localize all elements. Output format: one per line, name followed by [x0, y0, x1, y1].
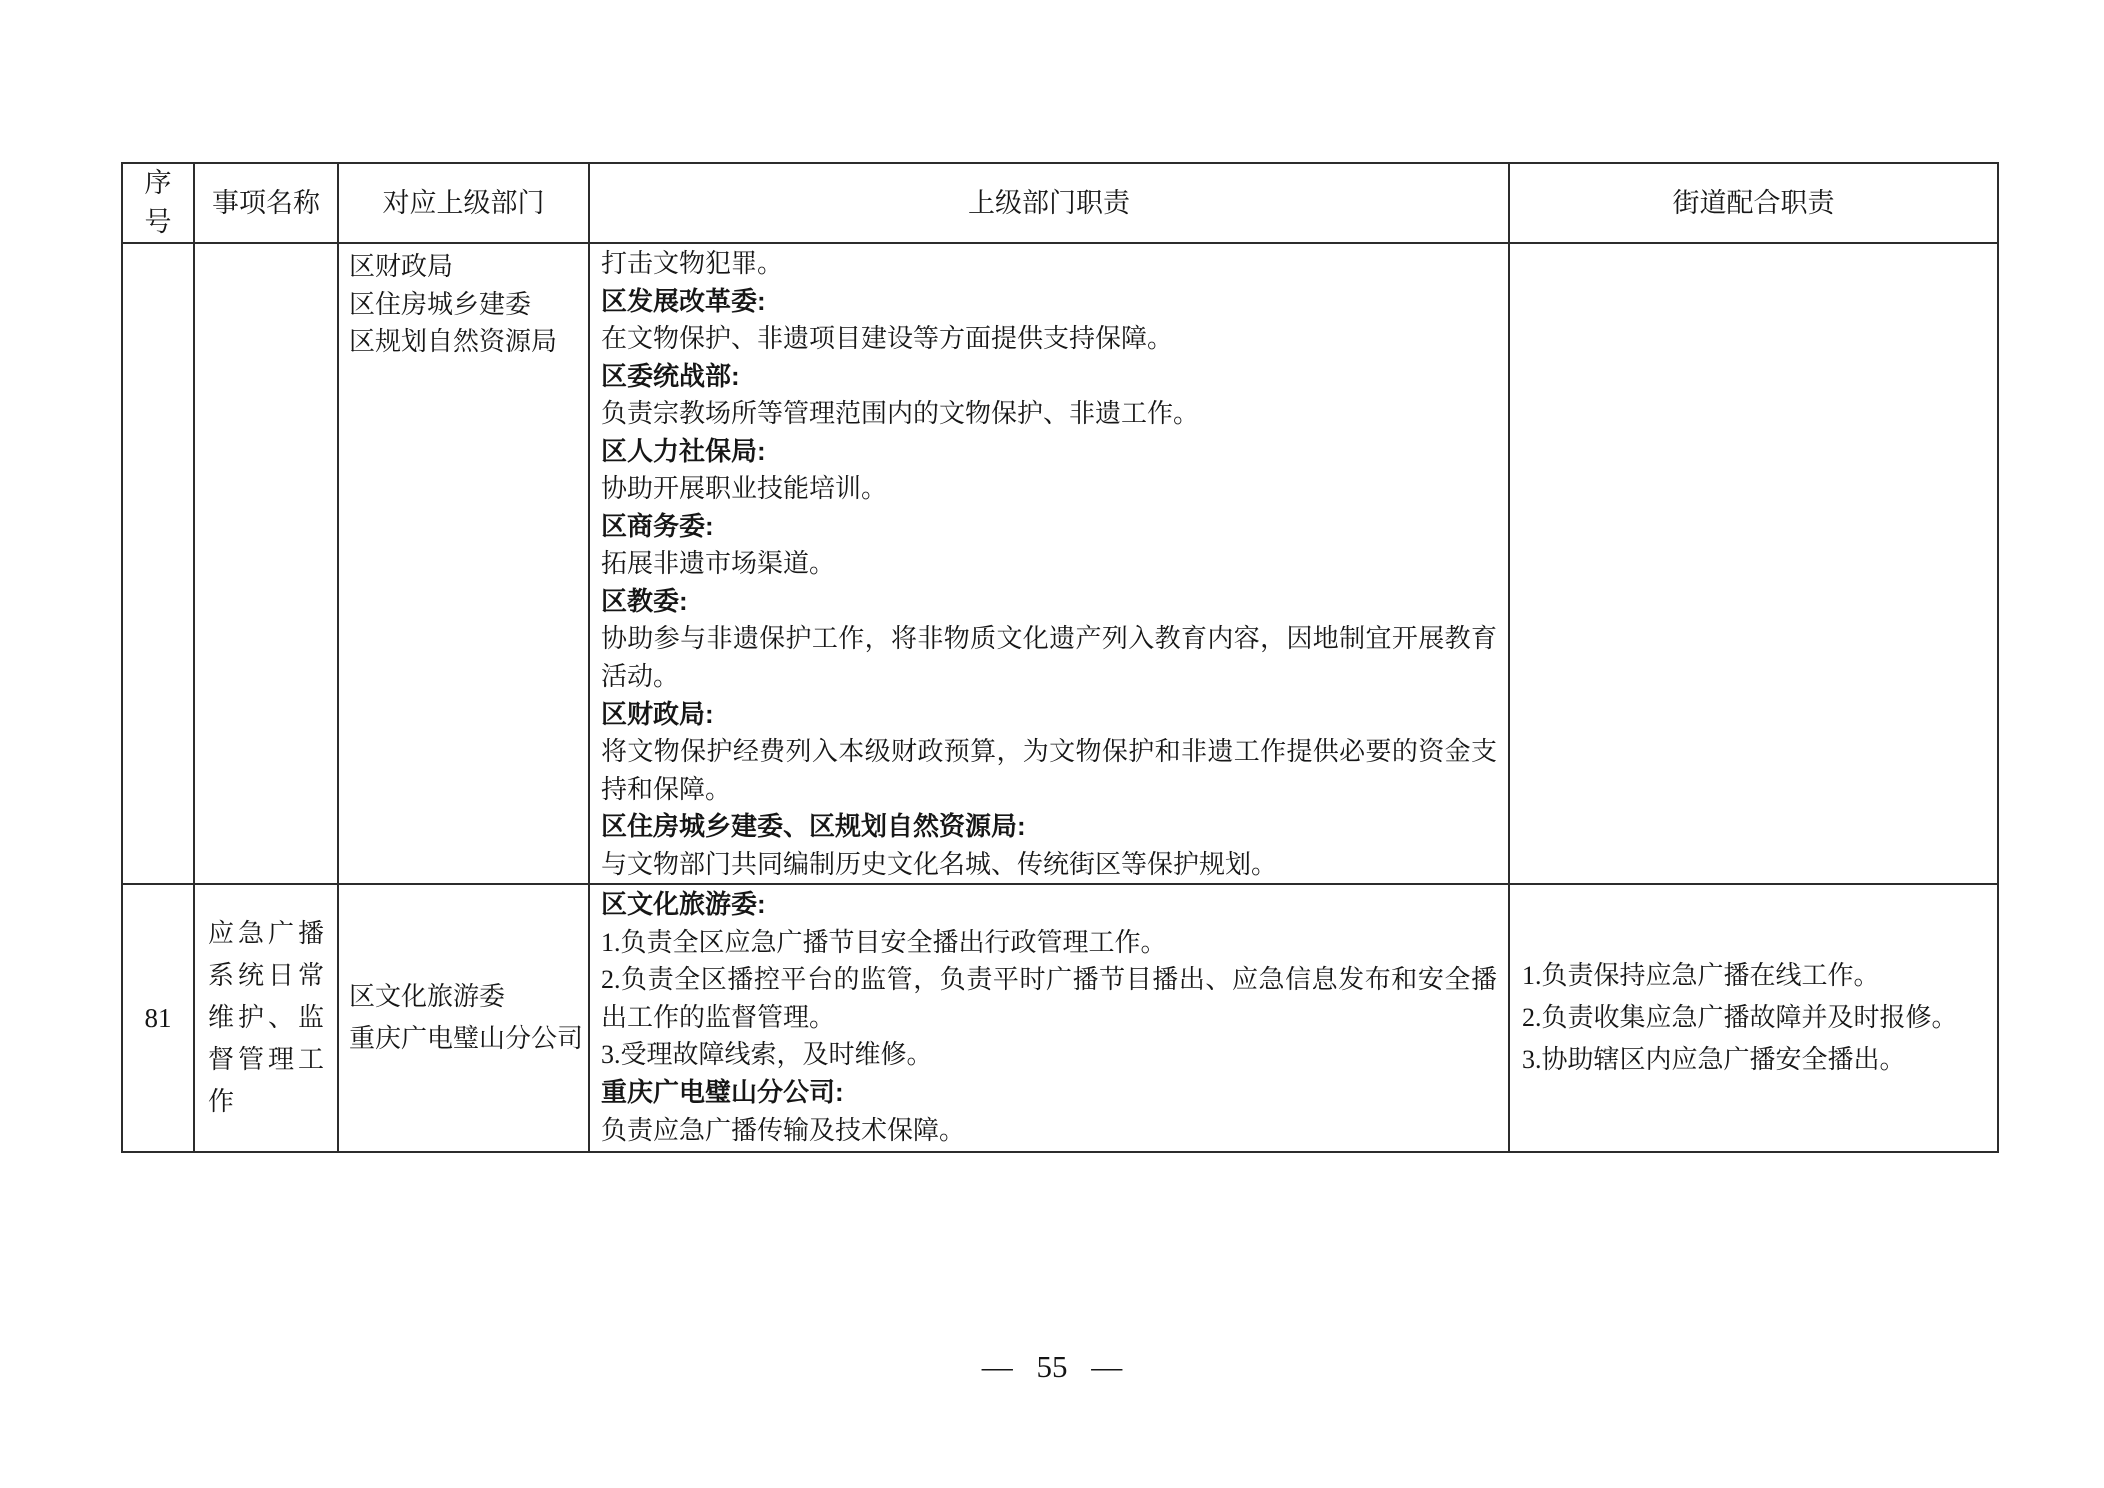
duty-line: 区教委: [601, 583, 1497, 621]
col-header-seq-label: 序号 [142, 164, 174, 242]
row80-street-duties-cell [1509, 243, 1998, 884]
col-header-superior-duties: 上级部门职责 [589, 163, 1509, 243]
duty-line: 区住房城乡建委、区规划自然资源局: [601, 808, 1497, 846]
row80-superior-duties-cell: 打击文物犯罪。区发展改革委:在文物保护、非遗项目建设等方面提供支持保障。区委统战… [589, 243, 1509, 884]
street-duty-line: 1.负责保持应急广播在线工作。 [1522, 955, 1985, 997]
duty-line: 协助开展职业技能培训。 [601, 470, 1497, 508]
row81-street-duties-cell: 1.负责保持应急广播在线工作。2.负责收集应急广播故障并及时报修。3.协助辖区内… [1509, 884, 1998, 1152]
row80-departments-list: 区财政局区住房城乡建委区规划自然资源局 [349, 248, 578, 361]
department-line: 区住房城乡建委 [349, 286, 578, 324]
duty-line: 区委统战部: [601, 358, 1497, 396]
duty-line: 1.负责全区应急广播节目安全播出行政管理工作。 [601, 924, 1497, 962]
duty-line: 负责宗教场所等管理范围内的文物保护、非遗工作。 [601, 395, 1497, 433]
duty-line: 协助参与非遗保护工作，将非物质文化遗产列入教育内容，因地制宜开展教育 [601, 620, 1497, 658]
street-duty-line: 3.协助辖区内应急广播安全播出。 [1522, 1039, 1985, 1081]
table-header-row: 序号 事项名称 对应上级部门 上级部门职责 街道配合职责 [122, 163, 1998, 243]
table-row-81: 81 应急广播系统日常维护、监督管理工作 区文化旅游委重庆广电璧山分公司 区文化… [122, 884, 1998, 1152]
col-header-item-name: 事项名称 [194, 163, 338, 243]
department-line: 区文化旅游委 [349, 976, 578, 1018]
row81-street-duties-list: 1.负责保持应急广播在线工作。2.负责收集应急广播故障并及时报修。3.协助辖区内… [1522, 955, 1985, 1081]
duty-line: 区财政局: [601, 696, 1497, 734]
row81-item-name: 应急广播系统日常维护、监督管理工作 [208, 913, 324, 1123]
col-header-seq: 序号 [122, 163, 194, 243]
row80-item-name-cell [194, 243, 338, 884]
row80-seq-cell [122, 243, 194, 884]
duty-line: 活动。 [601, 658, 1497, 696]
duty-line: 与文物部门共同编制历史文化名城、传统街区等保护规划。 [601, 846, 1497, 884]
duty-line: 区发展改革委: [601, 283, 1497, 321]
duty-line: 负责应急广播传输及技术保障。 [601, 1112, 1497, 1150]
duty-line: 拓展非遗市场渠道。 [601, 545, 1497, 583]
col-header-street-duties: 街道配合职责 [1509, 163, 1998, 243]
duty-line: 2.负责全区播控平台的监管，负责平时广播节目播出、应急信息发布和安全播 [601, 961, 1497, 999]
duty-line: 在文物保护、非遗项目建设等方面提供支持保障。 [601, 320, 1497, 358]
duty-line: 区文化旅游委: [601, 886, 1497, 924]
row81-departments-cell: 区文化旅游委重庆广电璧山分公司 [338, 884, 589, 1152]
row81-seq-cell: 81 [122, 884, 194, 1152]
duty-line: 持和保障。 [601, 771, 1497, 809]
department-line: 区规划自然资源局 [349, 323, 578, 361]
page-number: — 55 — [0, 1349, 2104, 1385]
table-row-80-continuation: 区财政局区住房城乡建委区规划自然资源局 打击文物犯罪。区发展改革委:在文物保护、… [122, 243, 1998, 884]
street-duty-line: 2.负责收集应急广播故障并及时报修。 [1522, 997, 1985, 1039]
row80-departments-cell: 区财政局区住房城乡建委区规划自然资源局 [338, 243, 589, 884]
row81-duties-list: 区文化旅游委:1.负责全区应急广播节目安全播出行政管理工作。2.负责全区播控平台… [601, 886, 1497, 1149]
row80-duties-list: 打击文物犯罪。区发展改革委:在文物保护、非遗项目建设等方面提供支持保障。区委统战… [601, 245, 1497, 883]
duty-line: 3.受理故障线索，及时维修。 [601, 1036, 1497, 1074]
duty-line: 区人力社保局: [601, 433, 1497, 471]
department-line: 区财政局 [349, 248, 578, 286]
duty-line: 将文物保护经费列入本级财政预算，为文物保护和非遗工作提供必要的资金支 [601, 733, 1497, 771]
col-header-superior-dept: 对应上级部门 [338, 163, 589, 243]
department-line: 重庆广电璧山分公司 [349, 1018, 578, 1060]
duty-line: 重庆广电璧山分公司: [601, 1074, 1497, 1112]
duties-table: 序号 事项名称 对应上级部门 上级部门职责 街道配合职责 区财政局区住房城乡建委… [121, 162, 1999, 1153]
row81-superior-duties-cell: 区文化旅游委:1.负责全区应急广播节目安全播出行政管理工作。2.负责全区播控平台… [589, 884, 1509, 1152]
row81-departments-list: 区文化旅游委重庆广电璧山分公司 [349, 976, 578, 1060]
duty-line: 出工作的监督管理。 [601, 999, 1497, 1037]
duty-line: 打击文物犯罪。 [601, 245, 1497, 283]
row81-item-name-cell: 应急广播系统日常维护、监督管理工作 [194, 884, 338, 1152]
duty-line: 区商务委: [601, 508, 1497, 546]
